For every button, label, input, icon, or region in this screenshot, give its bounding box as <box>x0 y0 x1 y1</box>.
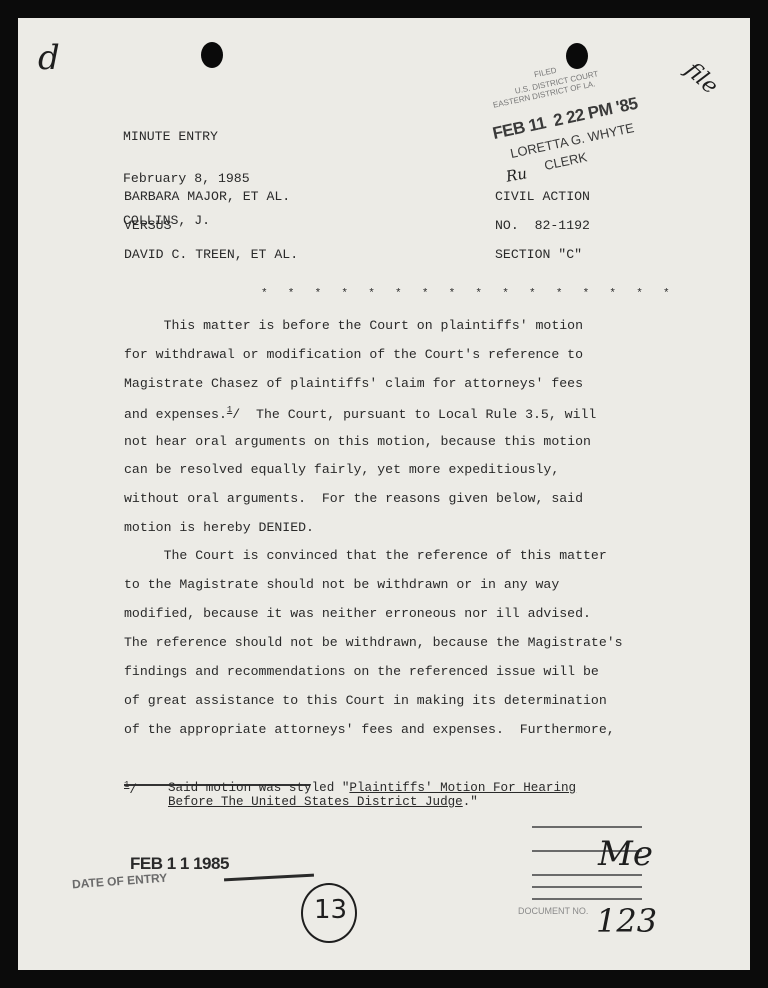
docket-document-number: 123 <box>596 902 657 940</box>
body-line: not hear oral arguments on this motion, … <box>124 434 591 449</box>
footnote-text-line2: Before The United States District Judge.… <box>168 795 478 809</box>
caption-versus: VERSUS <box>124 218 171 233</box>
docket-line <box>532 874 642 876</box>
body-line: Magistrate Chasez of plaintiffs' claim f… <box>124 376 583 391</box>
date-of-entry-date: FEB 1 1 1985 <box>130 854 229 874</box>
footnote-text-line1: Said motion was styled "Plaintiffs' Moti… <box>168 781 576 795</box>
body-line: The Court is convinced that the referenc… <box>124 548 607 563</box>
body-line-text: / The Court, pursuant to Local Rule 3.5,… <box>232 407 596 422</box>
footnote-marker: 1/ <box>124 780 137 797</box>
clerk-handwritten-initials: Ru <box>505 164 529 185</box>
docket-line <box>532 898 642 900</box>
body-line-text: and expenses. <box>124 407 227 422</box>
caption-defendant: DAVID C. TREEN, ET AL. <box>124 247 298 262</box>
star-separator: * * * * * * * * * * * * * * * * <box>261 288 676 300</box>
body-line: This matter is before the Court on plain… <box>124 318 583 333</box>
caption-plaintiff: BARBARA MAJOR, ET AL. <box>124 189 290 204</box>
body-line: of the appropriate attorneys' fees and e… <box>124 722 615 737</box>
handwritten-file-note: file <box>680 58 723 100</box>
circled-number: 13 <box>301 883 357 943</box>
date-of-entry-underline <box>224 874 314 882</box>
body-line: modified, because it was neither erroneo… <box>124 606 591 621</box>
body-line: of great assistance to this Court in mak… <box>124 693 607 708</box>
docket-document-no-label: DOCUMENT NO. <box>518 906 588 916</box>
docket-initials: Me <box>598 834 653 874</box>
document-page: d file MINUTE ENTRY February 8, 1985 COL… <box>18 18 750 970</box>
docket-line <box>532 886 642 888</box>
body-line: without oral arguments. For the reasons … <box>124 491 583 506</box>
docket-line <box>532 826 642 828</box>
body-line: motion is hereby DENIED. <box>124 520 314 535</box>
caption-case-number: NO. 82-1192 <box>495 218 590 233</box>
date-of-entry-label: DATE OF ENTRY <box>72 871 168 892</box>
body-line: can be resolved equally fairly, yet more… <box>124 462 559 477</box>
header-date: February 8, 1985 <box>123 172 250 186</box>
body-line: and expenses.1/ The Court, pursuant to L… <box>124 405 596 422</box>
punch-hole-right <box>566 43 588 69</box>
header-title: MINUTE ENTRY <box>123 130 250 144</box>
body-line: to the Magistrate should not be withdraw… <box>124 577 559 592</box>
body-line: for withdrawal or modification of the Co… <box>124 347 583 362</box>
handwritten-initial-top-left: d <box>38 38 60 78</box>
filed-stamp-line1: FILED <box>533 66 557 80</box>
body-line: The reference should not be withdrawn, b… <box>124 635 623 650</box>
caption-civil-action: CIVIL ACTION <box>495 189 590 204</box>
body-line: findings and recommendations on the refe… <box>124 664 599 679</box>
punch-hole-left <box>201 42 223 68</box>
caption-section: SECTION "C" <box>495 247 582 262</box>
